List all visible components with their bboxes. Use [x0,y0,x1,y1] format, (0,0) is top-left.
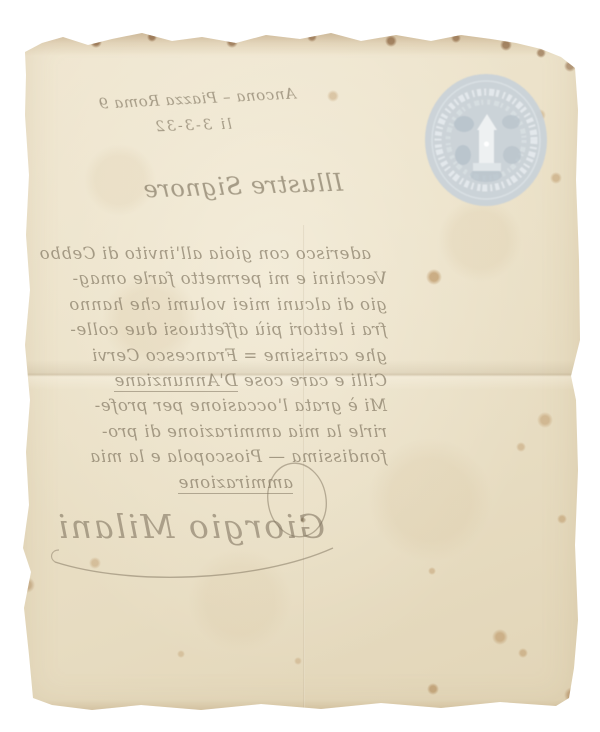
body-line: ghe carissime = Francesco Cervi [62,343,387,368]
letter-paper: Ancona – Piazza Roma 9 li 3-3-32 Illustr… [0,0,600,732]
body-line: aderisco con gioia all'invito di Cebbo [62,241,387,266]
body-line: Vecchini e mi permetto farle omag- [62,266,387,291]
body-line-dannunziane: Cilli e care cose D'Annunziane [62,368,387,393]
photo-stage: Ancona – Piazza Roma 9 li 3-3-32 Illustr… [0,0,600,732]
body-line: gio di alcuni miei volumi che hanno [62,292,387,317]
signature-text: Giorgio Milani [56,507,325,546]
embossed-seal-icon [420,70,550,210]
body-line: rirle la mia ammirazione di pro- [62,419,387,444]
body-line-pre: Cilli e care cose [238,371,387,390]
body-line: fra i lettori più affettuosi due colle- [62,317,387,342]
body-line: Mi è grata l'occasione per profe- [62,393,387,418]
underlined-word: D'Annunziane [114,371,238,392]
signature-flourish: Giorgio Milani [45,452,345,587]
